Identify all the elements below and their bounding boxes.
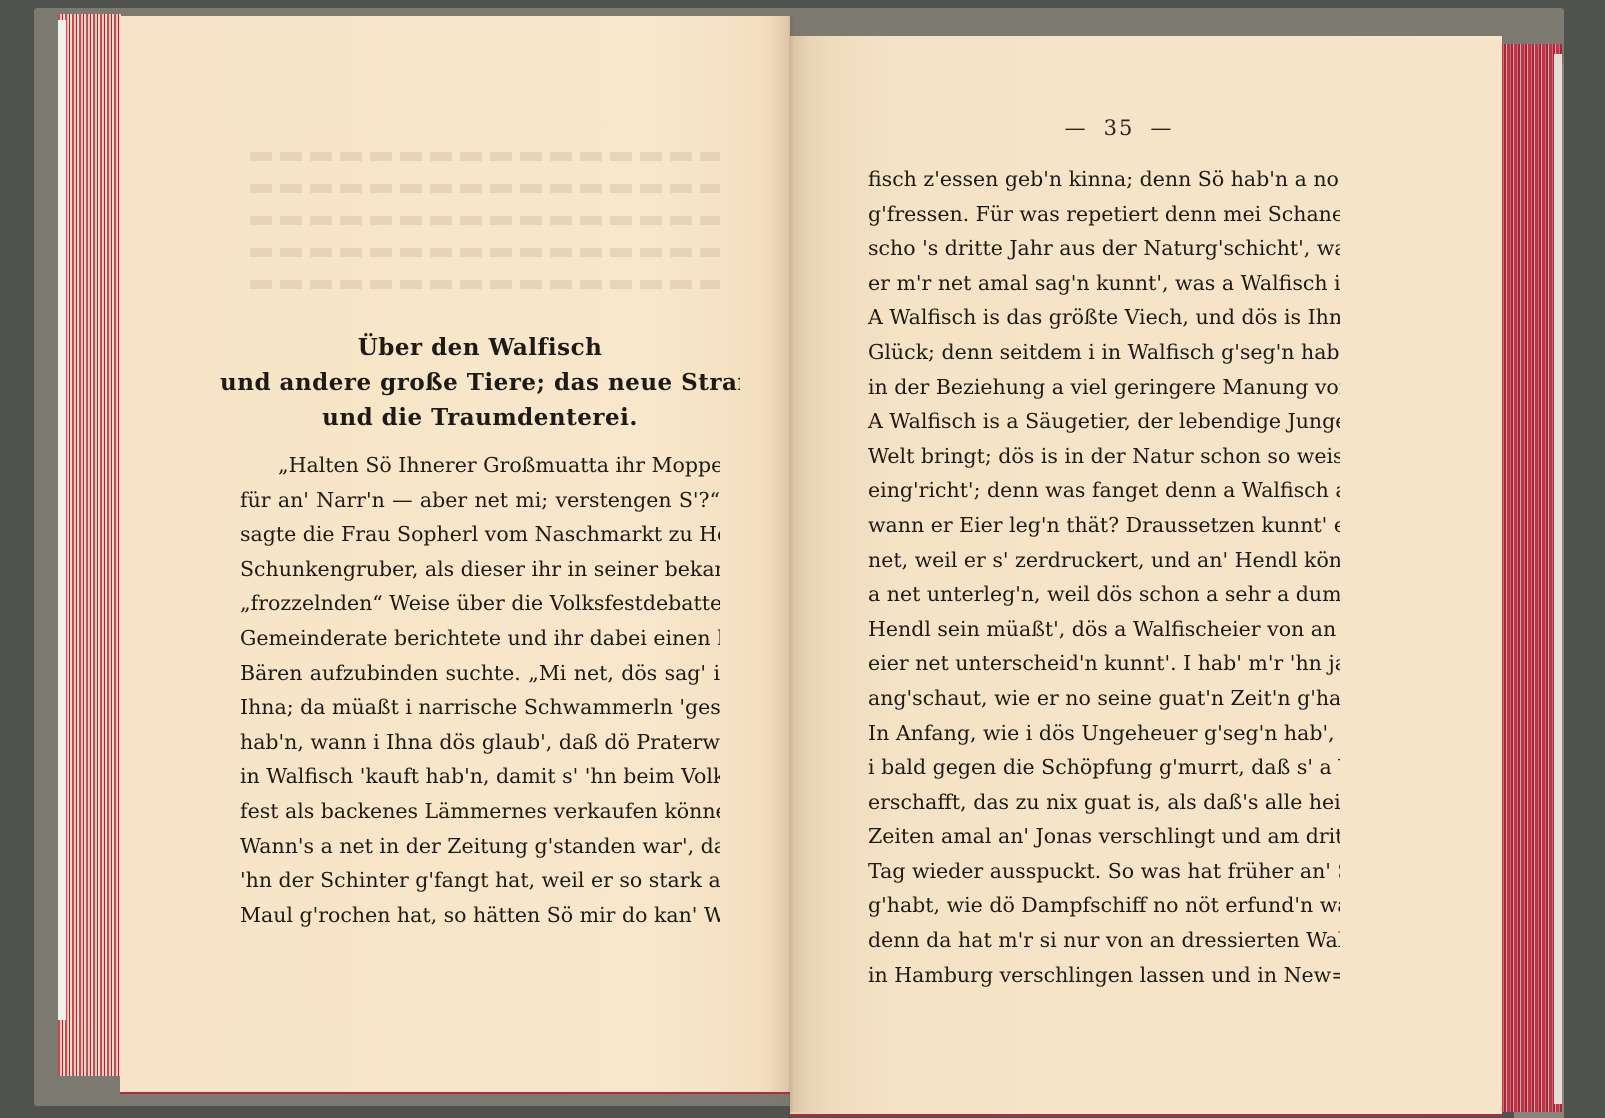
text-line: in der Beziehung a viel geringere Manung… [868,370,1340,405]
text-line: Gemeinderate berichtete und ihr dabei ei… [240,621,720,656]
text-line: a net unterleg'n, weil dös schon a sehr … [868,577,1340,612]
flyleaf-edge-right [1554,54,1562,1104]
text-line: sagte die Frau Sopherl vom Naschmarkt zu… [240,517,720,552]
text-line: Ihna; da müaßt i narrische Schwammerln '… [240,690,720,725]
page-number: —35— [1044,116,1194,140]
text-line: denn da hat m'r si nur von an dressierte… [868,923,1340,958]
text-line: Wann's a net in der Zeitung g'standen wa… [240,829,720,864]
text-line: Maul g'rochen hat, so hätten Sö mir do k… [240,898,720,933]
text-line: 'hn der Schinter g'fangt hat, weil er so… [240,863,720,898]
text-line: eing'richt'; denn was fanget denn a Walf… [868,473,1340,508]
text-line: net, weil er s' zerdruckert, und an' Hen… [868,543,1340,578]
book-gutter [770,16,810,1112]
text-line: A Walfisch is das größte Viech, und dös … [868,300,1340,335]
text-line: i bald gegen die Schöpfung g'murrt, daß … [868,750,1340,785]
text-line: hab'n, wann i Ihna dös glaub', daß dö Pr… [240,725,720,760]
text-line: Glück; denn seitdem i in Walfisch g'seg'… [868,335,1340,370]
page-edges-left [58,14,122,1076]
left-page-body: „Halten Sö Ihnerer Großmuatta ihr Mopper… [240,448,720,932]
text-line: „Halten Sö Ihnerer Großmuatta ihr Mopper… [240,448,720,483]
show-through-text [250,152,720,312]
text-line: fest als backenes Lämmernes verkaufen kö… [240,794,720,829]
text-line: „frozzelnden“ Weise über die Volksfestde… [240,586,720,621]
chapter-title: Über den Walfisch und andere große Tiere… [220,330,740,435]
text-line: g'habt, wie dö Dampfschiff no nöt erfund… [868,888,1340,923]
page-number-dash: — [1065,116,1088,140]
text-line: wann er Eier leg'n thät? Draussetzen kun… [868,508,1340,543]
text-line: in Walfisch 'kauft hab'n, damit s' 'hn b… [240,759,720,794]
chapter-title-line: und die Traumdenterei. [220,400,740,435]
text-line: Hendl sein müaßt', dös a Walfischeier vo… [868,612,1340,647]
right-page-body: fisch z'essen geb'n kinna; denn Sö hab'n… [868,162,1340,992]
text-line: scho 's dritte Jahr aus der Naturg'schic… [868,231,1340,266]
text-line: fisch z'essen geb'n kinna; denn Sö hab'n… [868,162,1340,197]
text-line: A Walfisch is a Säugetier, der lebendige… [868,404,1340,439]
text-line: Zeiten amal an' Jonas verschlingt und am… [868,819,1340,854]
text-line: eier net unterscheid'n kunnt'. I hab' m'… [868,646,1340,681]
page-edges-right [1500,44,1562,1112]
text-line: g'fressen. Für was repetiert denn mei Sc… [868,197,1340,232]
text-line: erschafft, das zu nix guat is, als daß's… [868,785,1340,820]
page-number-value: 35 [1104,116,1135,140]
text-line: ang'schaut, wie er no seine guat'n Zeit'… [868,681,1340,716]
chapter-title-line: Über den Walfisch [220,330,740,365]
text-line: In Anfang, wie i dös Ungeheuer g'seg'n h… [868,716,1340,751]
text-line: er m'r net amal sag'n kunnt', was a Walf… [868,266,1340,301]
text-line: Tag wieder ausspuckt. So was hat früher … [868,854,1340,889]
flyleaf-edge-left [58,20,66,1020]
text-line: Bären aufzubinden suchte. „Mi net, dös s… [240,656,720,691]
text-line: Welt bringt; dös is in der Natur schon s… [868,439,1340,474]
chapter-title-line: und andere große Tiere; das neue Strafge… [220,365,740,400]
text-line: Schunkengruber, als dieser ihr in seiner… [240,552,720,587]
page-number-dash: — [1150,116,1173,140]
text-line: in Hamburg verschlingen lassen und in Ne… [868,958,1340,993]
text-line: für an' Narr'n — aber net mi; verstengen… [240,483,720,518]
